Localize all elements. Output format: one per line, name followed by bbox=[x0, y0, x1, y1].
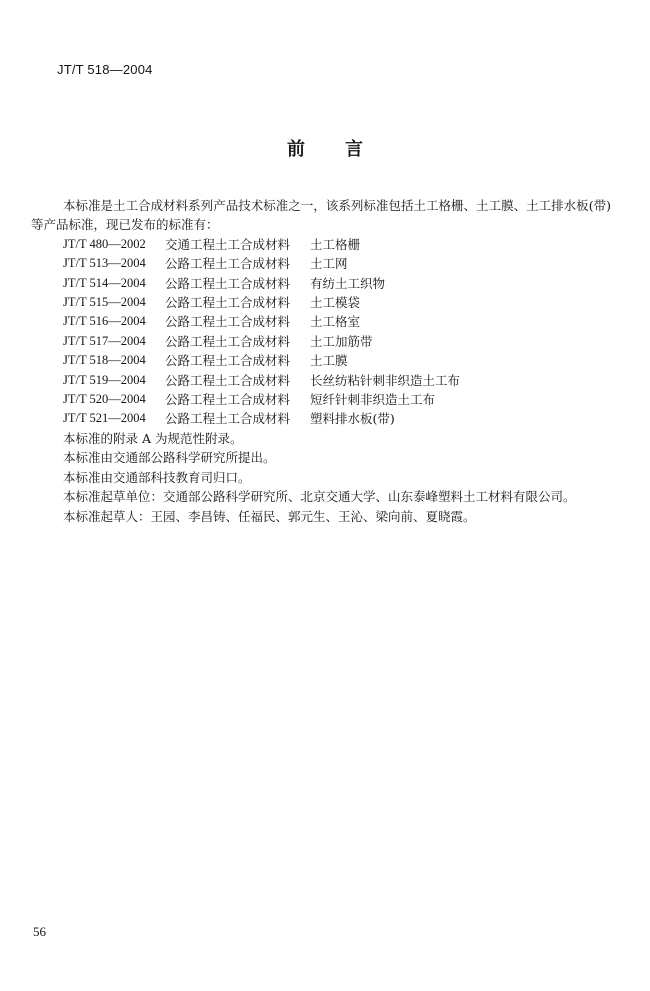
standard-code: JT/T 520—2004 bbox=[63, 390, 165, 409]
standard-row: JT/T 520—2004公路工程土工合成材料短纤针刺非织造土工布 bbox=[31, 390, 611, 409]
standard-code: JT/T 521—2004 bbox=[63, 409, 165, 428]
title-char-1: 前 bbox=[287, 135, 305, 161]
standard-code: JT/T 515—2004 bbox=[63, 293, 165, 312]
standard-row: JT/T 518—2004公路工程土工合成材料土工膜 bbox=[31, 351, 611, 370]
page-number: 56 bbox=[33, 924, 46, 940]
standard-row: JT/T 521—2004公路工程土工合成材料塑料排水板(带) bbox=[31, 409, 611, 428]
intro-paragraph: 本标准是土工合成材料系列产品技术标准之一，该系列标准包括土工格栅、土工膜、土工排… bbox=[31, 196, 611, 235]
note-proposer: 本标准由交通部公路科学研究所提出。 bbox=[31, 448, 611, 467]
standard-item: 土工膜 bbox=[310, 351, 348, 370]
standard-series: 公路工程土工合成材料 bbox=[165, 409, 310, 428]
standard-code: JT/T 518—2004 bbox=[63, 351, 165, 370]
standard-code: JT/T 517—2004 bbox=[63, 332, 165, 351]
standard-row: JT/T 515—2004公路工程土工合成材料土工模袋 bbox=[31, 293, 611, 312]
standard-row: JT/T 480—2002交通工程土工合成材料土工格栅 bbox=[31, 235, 611, 254]
note-appendix: 本标准的附录 A 为规范性附录。 bbox=[31, 429, 611, 448]
standard-item: 土工格室 bbox=[310, 312, 360, 331]
standards-list: JT/T 480—2002交通工程土工合成材料土工格栅 JT/T 513—200… bbox=[31, 235, 611, 429]
standard-series: 公路工程土工合成材料 bbox=[165, 274, 310, 293]
standard-series: 公路工程土工合成材料 bbox=[165, 332, 310, 351]
standard-series: 公路工程土工合成材料 bbox=[165, 312, 310, 331]
note-drafting-units: 本标准起草单位：交通部公路科学研究所、北京交通大学、山东泰峰塑料土工材料有限公司… bbox=[31, 487, 611, 506]
standard-row: JT/T 516—2004公路工程土工合成材料土工格室 bbox=[31, 312, 611, 331]
standard-item: 有纺土工织物 bbox=[310, 274, 385, 293]
standard-row: JT/T 514—2004公路工程土工合成材料有纺土工织物 bbox=[31, 274, 611, 293]
note-drafters: 本标准起草人：王园、李昌铸、任福民、郭元生、王沁、梁向前、夏晓霞。 bbox=[31, 507, 611, 526]
standard-item: 土工模袋 bbox=[310, 293, 360, 312]
note-administrator: 本标准由交通部科技教育司归口。 bbox=[31, 468, 611, 487]
standard-series: 公路工程土工合成材料 bbox=[165, 390, 310, 409]
standard-row: JT/T 519—2004公路工程土工合成材料长丝纺粘针刺非织造土工布 bbox=[31, 371, 611, 390]
foreword-body: 本标准是土工合成材料系列产品技术标准之一，该系列标准包括土工格栅、土工膜、土工排… bbox=[31, 196, 611, 526]
standard-item: 长丝纺粘针刺非织造土工布 bbox=[310, 371, 460, 390]
standard-code: JT/T 519—2004 bbox=[63, 371, 165, 390]
standard-series: 公路工程土工合成材料 bbox=[165, 371, 310, 390]
standard-series: 公路工程土工合成材料 bbox=[165, 254, 310, 273]
standard-item: 短纤针刺非织造土工布 bbox=[310, 390, 435, 409]
standard-series: 公路工程土工合成材料 bbox=[165, 293, 310, 312]
standard-code: JT/T 516—2004 bbox=[63, 312, 165, 331]
page-title: 前言 bbox=[0, 135, 650, 161]
standard-item: 土工加筋带 bbox=[310, 332, 373, 351]
standard-code: JT/T 513—2004 bbox=[63, 254, 165, 273]
standard-code: JT/T 514—2004 bbox=[63, 274, 165, 293]
standard-row: JT/T 517—2004公路工程土工合成材料土工加筋带 bbox=[31, 332, 611, 351]
standard-item: 土工网 bbox=[310, 254, 348, 273]
standard-series: 公路工程土工合成材料 bbox=[165, 351, 310, 370]
standard-item: 土工格栅 bbox=[310, 235, 360, 254]
document-header-code: JT/T 518—2004 bbox=[57, 62, 153, 77]
standard-series: 交通工程土工合成材料 bbox=[165, 235, 310, 254]
title-char-2: 言 bbox=[345, 135, 363, 161]
standard-code: JT/T 480—2002 bbox=[63, 235, 165, 254]
standard-row: JT/T 513—2004公路工程土工合成材料土工网 bbox=[31, 254, 611, 273]
standard-item: 塑料排水板(带) bbox=[310, 409, 395, 428]
